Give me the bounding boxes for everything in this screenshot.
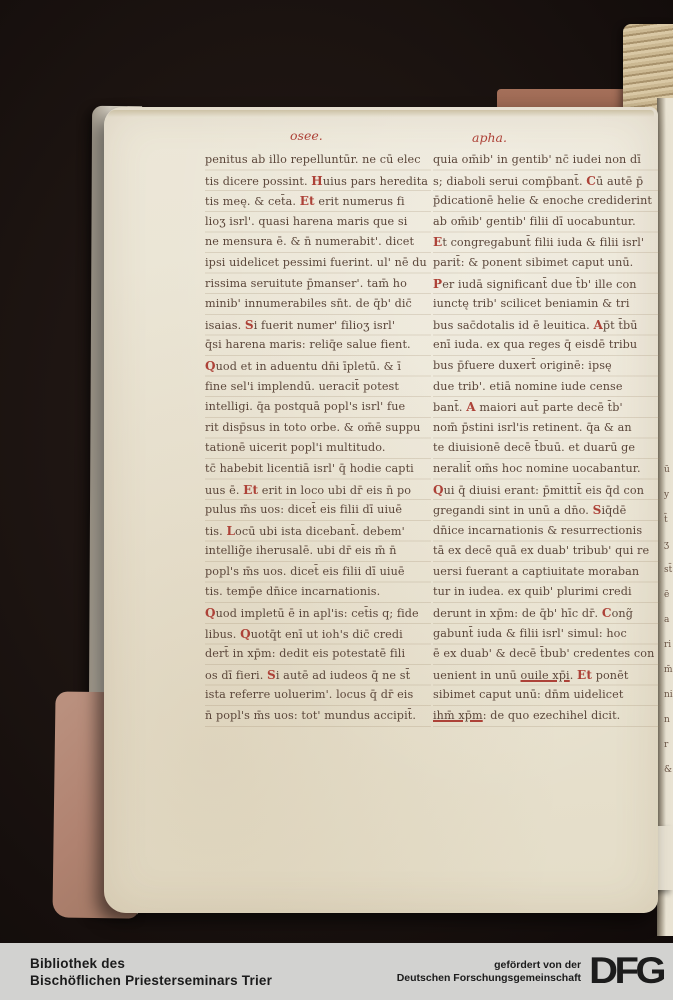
manuscript-text-line: ab om̄ib' gentib' filii dī uocabuntur.: [433, 212, 661, 233]
manuscript-text-line: os dī fieri. Si autē ad iudeos q̄ ne st̄: [205, 665, 431, 686]
ink-text-segment: bant̄.: [433, 401, 466, 414]
ink-text-segment: uotq̄t enī ut ioh's dic̄ credi: [251, 628, 403, 641]
manuscript-text-line: intelligi. q̄a postquā popl's isrl' fue: [205, 397, 431, 418]
manuscript-text-line: bus sac̄dotalis id ē leuitica. Ap̄t t̄bū: [433, 315, 661, 336]
manuscript-text-line: lioʒ isrl'. quasi harena maris que si: [205, 212, 431, 233]
ink-text-segment: popl's m̄s uos. dicet̄ eis filii dī uiuē: [205, 565, 405, 578]
manuscript-text-line: gregandi sint in unū a dn̄o. Siq̄dē: [433, 500, 661, 521]
ink-text-segment: bus p̄fuere duxert̄ originē: ipsę: [433, 359, 612, 372]
ink-text-segment: s; diaboli serui comp̄bant̄.: [433, 175, 586, 188]
ink-text-segment: ponēt: [592, 669, 628, 682]
ink-text-segment: sibimet caput unū: dn̄m uidelicet: [433, 688, 623, 701]
ink-text-segment: tc̄ habebit licentiā isrl' q̄ hodie capt…: [205, 462, 414, 475]
manuscript-text-line: fine sel'i implendū. ueracit̄ potest: [205, 377, 431, 398]
rubric-initial: C: [602, 606, 612, 620]
ink-text-segment: n̄ popl's m̄s uos: tot' mundus accipit̄.: [205, 709, 416, 722]
running-title-right: apha.: [472, 130, 507, 145]
manuscript-text-line: tationē uicerit popl'i multitudo.: [205, 438, 431, 459]
ink-text-segment: ē ex duab' & decē t̄bub' credentes con: [433, 647, 654, 660]
ink-text-segment: t congregabunt̄ filii iuda & filii isrl': [442, 236, 644, 249]
ink-text-segment: parit̄: & ponent sibimet caput unū.: [433, 256, 633, 269]
ink-text-segment: tis meę. & cet̄a.: [205, 195, 300, 208]
rubric-initial: Q: [205, 606, 216, 620]
manuscript-text-line: pulus m̄s uos: dicet̄ eis filii dī uiuē: [205, 500, 431, 521]
red-underlined-text: ouile xp̄i: [521, 669, 570, 682]
ink-text-segment: uersi fuerant a captiuitate moraban: [433, 565, 639, 578]
library-name: Bibliothek des Bischöflichen Priestersem…: [0, 955, 272, 989]
manuscript-text-line: p̄dicationē helie & enoche crediderint: [433, 191, 661, 212]
rubric-initial: S: [267, 668, 276, 682]
manuscript-text-line: s; diaboli serui comp̄bant̄. Cū autē p̄: [433, 171, 661, 192]
library-name-line1: Bibliothek des: [30, 955, 272, 972]
ink-text-segment: intellig̃e iherusalē. ubi dr̄ eis m̄ n̄: [205, 544, 397, 557]
ink-text-segment: libus.: [205, 628, 240, 641]
ink-text-segment: isaias.: [205, 319, 245, 332]
manuscript-text-line: neralit̄ om̄s hoc nomine uocabantur.: [433, 459, 661, 480]
ink-text-segment: tis.: [205, 525, 226, 538]
ink-text-segment: enī iuda. ex qua reges q̄ eisdē tribu: [433, 338, 637, 351]
manuscript-text-line: Et congregabunt̄ filii iuda & filii isrl…: [433, 232, 661, 253]
manuscript-text-line: popl's m̄s uos. dicet̄ eis filii dī uiuē: [205, 562, 431, 583]
ink-text-segment: .: [570, 669, 577, 682]
library-name-line2: Bischöflichen Priesterseminars Trier: [30, 972, 272, 989]
rubric-initial: L: [226, 524, 235, 538]
ink-text-segment: tur in iudea. ex quib' plurimi credi: [433, 585, 632, 598]
ink-text-segment: er iudā significant̄ due t̄b' ille con: [442, 278, 636, 291]
manuscript-text-line: iunctę trib' scilicet beniamin & tri: [433, 294, 661, 315]
manuscript-text-line: q̄si harena maris: reliq̄e salue fient.: [205, 335, 431, 356]
ink-text-segment: tationē uicerit popl'i multitudo.: [205, 441, 386, 454]
rubric-initial: S: [245, 318, 254, 332]
ink-text-segment: neralit̄ om̄s hoc nomine uocabantur.: [433, 462, 641, 475]
ink-text-segment: q̄si harena maris: reliq̄e salue fient.: [205, 338, 411, 351]
ink-text-segment: lioʒ isrl'. quasi harena maris que si: [205, 215, 407, 228]
ink-text-segment: tis dicere possint.: [205, 175, 311, 188]
ink-text-segment: rit disp̄sus in toto orbe. & om̄ē suppu: [205, 421, 420, 434]
rubric-initial: Et: [577, 668, 592, 682]
ink-text-segment: uius pars heredita: [323, 175, 428, 188]
manuscript-text-line: dert̄ in xp̄m: dedit eis potestatē fili: [205, 644, 431, 665]
ink-text-segment: penitus ab illo repelluntūr. ne cū elec: [205, 153, 421, 166]
ink-text-segment: bus sac̄dotalis id ē leuitica.: [433, 319, 593, 332]
facing-page-text-fragments: ū y t̄ ʒ st̄ ē a ri m̄ ni n r &: [664, 458, 673, 783]
text-column-right: quia om̄ib' in gentib' nc̄ iudei non dīs…: [433, 150, 661, 727]
manuscript-text-line: Quod impletū ē in apl'is: cet̄is q; fide: [205, 603, 431, 624]
ink-text-segment: quia om̄ib' in gentib' nc̄ iudei non dī: [433, 153, 641, 166]
manuscript-text-line: tis. Locū ubi ista dicebant̄. debem': [205, 521, 431, 542]
ink-text-segment: i autē ad iudeos q̄ ne st̄: [276, 669, 410, 682]
ink-text-segment: iunctę trib' scilicet beniamin & tri: [433, 297, 630, 310]
library-footer-bar: Bibliothek des Bischöflichen Priestersem…: [0, 943, 673, 1000]
manuscript-text-line: uus ē. Et erit in loco ubi dr̄ eis n̄ po: [205, 480, 431, 501]
manuscript-text-line: isaias. Si fuerit numer' filioʒ isrl': [205, 315, 431, 336]
ink-text-segment: iq̄dē: [601, 504, 626, 517]
manuscript-text-line: ē ex duab' & decē t̄bub' credentes con: [433, 644, 661, 665]
ink-text-segment: ui q̄ diuisi erant: p̄mittit̄ eis q̄d co…: [444, 484, 644, 497]
funding-credit-line1: gefördert von der: [397, 959, 581, 972]
manuscript-text-line: tis meę. & cet̄a. Et erit numerus fi: [205, 191, 431, 212]
rubric-initial: Q: [240, 627, 251, 641]
ink-text-segment: te diuisionē decē t̄buū. et duarū ge: [433, 441, 635, 454]
manuscript-text-line: ne mensura ē. & n̄ numerabit'. dicet: [205, 232, 431, 253]
rubric-initial: Et: [300, 194, 315, 208]
rubric-initial: P: [433, 277, 442, 291]
funding-credit: gefördert von der Deutschen Forschungsge…: [397, 959, 581, 984]
rubric-initial: E: [433, 235, 442, 249]
rubric-initial: Q: [205, 359, 216, 373]
ink-text-segment: ū autē p̄: [596, 175, 643, 188]
ink-text-segment: ipsi uidelicet pessimi fuerint. ul' nē d…: [205, 256, 427, 269]
manuscript-text-line: penitus ab illo repelluntūr. ne cū elec: [205, 150, 431, 171]
ink-text-segment: uod impletū ē in apl'is: cet̄is q; fide: [216, 607, 419, 620]
manuscript-text-line: Quod et in aduentu dn̄i īpletū. & ī: [205, 356, 431, 377]
manuscript-text-line: uenient in unū ouile xp̄i. Et ponēt: [433, 665, 661, 686]
manuscript-text-line: tā ex decē quā ex duab' tribub' qui re: [433, 541, 661, 562]
ink-text-segment: : de quo ezechihel dicit.: [483, 709, 621, 722]
ink-text-segment: rissima seruitute p̄manser'. tam̄ ho: [205, 277, 407, 290]
ink-text-segment: gregandi sint in unū a dn̄o.: [433, 504, 593, 517]
rubric-initial: Q: [433, 483, 444, 497]
funding-credit-line2: Deutschen Forschungsgemeinschaft: [397, 972, 581, 985]
manuscript-text-line: ista referre uoluerim'. locus q̄ dr̄ eis: [205, 685, 431, 706]
ink-text-segment: due trib'. etiā nomine iude cense: [433, 380, 623, 393]
manuscript-text-line: quia om̄ib' in gentib' nc̄ iudei non dī: [433, 150, 661, 171]
manuscript-text-line: n̄ popl's m̄s uos: tot' mundus accipit̄.: [205, 706, 431, 727]
ink-text-segment: erit numerus fi: [315, 195, 405, 208]
manuscript-text-line: parit̄: & ponent sibimet caput unū.: [433, 253, 661, 274]
ink-text-segment: ista referre uoluerim'. locus q̄ dr̄ eis: [205, 688, 413, 701]
manuscript-text-line: due trib'. etiā nomine iude cense: [433, 377, 661, 398]
rubric-initial: Et: [243, 483, 258, 497]
manuscript-text-line: minib' innumerabiles sn̄t. de q̄b' dic̄: [205, 294, 431, 315]
rubric-initial: C: [586, 174, 596, 188]
ink-text-segment: uus ē.: [205, 484, 243, 497]
manuscript-text-line: libus. Quotq̄t enī ut ioh's dic̄ credi: [205, 624, 431, 645]
manuscript-text-line: derunt in xp̄m: de q̄b' hīc dr̄. Cong̃: [433, 603, 661, 624]
ink-text-segment: derunt in xp̄m: de q̄b' hīc dr̄.: [433, 607, 602, 620]
text-column-left: penitus ab illo repelluntūr. ne cū elect…: [205, 150, 431, 727]
red-underlined-text: ihm̄ xp̄m: [433, 709, 483, 722]
ink-text-segment: uod et in aduentu dn̄i īpletū. & ī: [216, 360, 401, 373]
manuscript-text-line: uersi fuerant a captiuitate moraban: [433, 562, 661, 583]
manuscript-text-line: rissima seruitute p̄manser'. tam̄ ho: [205, 274, 431, 295]
ink-text-segment: ocū ubi ista dicebant̄. debem': [235, 525, 405, 538]
manuscript-text-line: rit disp̄sus in toto orbe. & om̄ē suppu: [205, 418, 431, 439]
rubric-initial: H: [311, 174, 323, 188]
manuscript-text-line: enī iuda. ex qua reges q̄ eisdē tribu: [433, 335, 661, 356]
ink-text-segment: nom̄ p̄stini isrl'is retinent. q̄a & an: [433, 421, 632, 434]
rubric-initial: A: [593, 318, 602, 332]
rubric-initial: A: [466, 400, 475, 414]
ink-text-segment: i fuerit numer' filioʒ isrl': [254, 319, 395, 332]
manuscript-page: osee. apha. penitus ab illo repelluntūr.…: [104, 107, 658, 913]
ink-text-segment: fine sel'i implendū. ueracit̄ potest: [205, 380, 399, 393]
ink-text-segment: tā ex decē quā ex duab' tribub' qui re: [433, 544, 649, 557]
ink-text-segment: ong̃: [612, 607, 633, 620]
ink-text-segment: p̄t t̄bū: [603, 319, 638, 332]
manuscript-text-line: Per iudā significant̄ due t̄b' ille con: [433, 274, 661, 295]
ink-text-segment: intelligi. q̄a postquā popl's isrl' fue: [205, 400, 405, 413]
manuscript-text-line: gabunt̄ iuda & filii isrl' simul: hoc: [433, 624, 661, 645]
running-title-left: osee.: [290, 128, 323, 143]
manuscript-text-line: dn̄ice incarnationis & resurrectionis: [433, 521, 661, 542]
manuscript-text-line: nom̄ p̄stini isrl'is retinent. q̄a & an: [433, 418, 661, 439]
manuscript-text-line: te diuisionē decē t̄buū. et duarū ge: [433, 438, 661, 459]
manuscript-text-line: bus p̄fuere duxert̄ originē: ipsę: [433, 356, 661, 377]
ink-text-segment: erit in loco ubi dr̄ eis n̄ po: [258, 484, 411, 497]
manuscript-text-line: Qui q̄ diuisi erant: p̄mittit̄ eis q̄d c…: [433, 480, 661, 501]
manuscript-text-line: ipsi uidelicet pessimi fuerint. ul' nē d…: [205, 253, 431, 274]
manuscript-text-line: intellig̃e iherusalē. ubi dr̄ eis m̄ n̄: [205, 541, 431, 562]
ink-text-segment: os dī fieri.: [205, 669, 267, 682]
manuscript-text-line: tis. temp̄e dn̄ice incarnationis.: [205, 582, 431, 603]
ink-text-segment: maiori aut̄ parte decē t̄b': [476, 401, 623, 414]
manuscript-text-line: sibimet caput unū: dn̄m uidelicet: [433, 685, 661, 706]
ink-text-segment: dert̄ in xp̄m: dedit eis potestatē fili: [205, 647, 405, 660]
ink-text-segment: gabunt̄ iuda & filii isrl' simul: hoc: [433, 627, 627, 640]
ink-text-segment: ab om̄ib' gentib' filii dī uocabuntur.: [433, 215, 636, 228]
manuscript-text-line: tis dicere possint. Huius pars heredita: [205, 171, 431, 192]
manuscript-text-line: bant̄. A maiori aut̄ parte decē t̄b': [433, 397, 661, 418]
manuscript-text-line: tc̄ habebit licentiā isrl' q̄ hodie capt…: [205, 459, 431, 480]
ink-text-segment: uenient in unū: [433, 669, 521, 682]
ink-text-segment: tis. temp̄e dn̄ice incarnationis.: [205, 585, 380, 598]
ink-text-segment: minib' innumerabiles sn̄t. de q̄b' dic̄: [205, 297, 412, 310]
ink-text-segment: ne mensura ē. & n̄ numerabit'. dicet: [205, 235, 414, 248]
dfg-logo: DFG: [589, 951, 663, 992]
manuscript-text-line: tur in iudea. ex quib' plurimi credi: [433, 582, 661, 603]
ink-text-segment: dn̄ice incarnationis & resurrectionis: [433, 524, 642, 537]
scan-photo-background: ū y t̄ ʒ st̄ ē a ri m̄ ni n r & osee. ap…: [0, 0, 673, 943]
manuscript-text-line: ihm̄ xp̄m: de quo ezechihel dicit.: [433, 706, 661, 727]
ink-text-segment: p̄dicationē helie & enoche crediderint: [433, 194, 652, 207]
ink-text-segment: pulus m̄s uos: dicet̄ eis filii dī uiuē: [205, 503, 402, 516]
